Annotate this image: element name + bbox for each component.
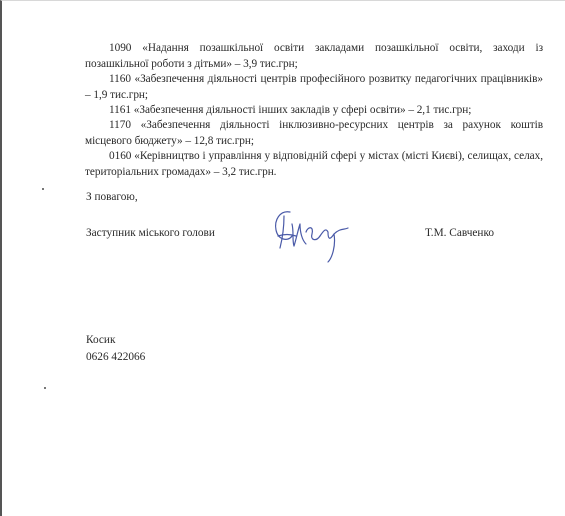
scan-artifact	[44, 387, 46, 389]
budget-item-0160: 0160 «Керівництво і управління у відпові…	[85, 149, 543, 180]
budget-item-1160: 1160 «Забезпечення діяльності центрів пр…	[85, 72, 543, 103]
executor-name: Косик	[86, 334, 115, 346]
budget-item-1090: 1090 «Надання позашкільної освіти заклад…	[85, 41, 543, 72]
executor-phone: 0626 422066	[86, 351, 145, 363]
signer-name: Т.М. Савченко	[425, 227, 494, 239]
signer-position: Заступник міського голови	[86, 227, 215, 239]
signature-image	[270, 206, 365, 266]
scan-artifact	[42, 188, 44, 190]
budget-item-1161: 1161 «Забезпечення діяльності інших закл…	[85, 103, 543, 119]
document-page: 1090 «Надання позашкільної освіти заклад…	[0, 0, 565, 516]
closing-text: З повагою,	[86, 191, 138, 203]
budget-item-1170: 1170 «Забезпечення діяльності інклюзивно…	[85, 118, 543, 149]
